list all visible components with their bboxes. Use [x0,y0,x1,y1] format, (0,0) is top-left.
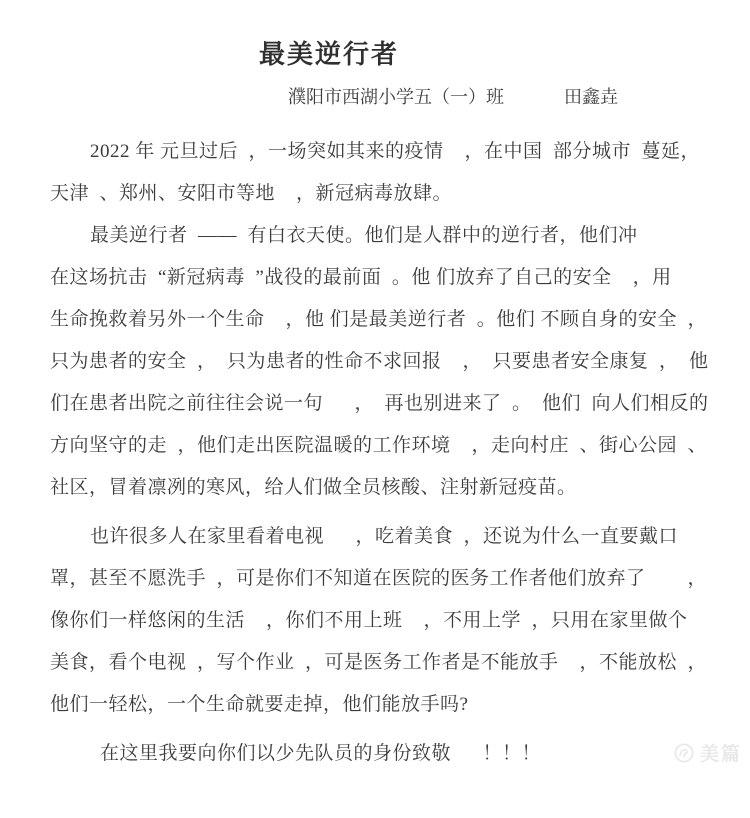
essay-line: 2022 年 元旦过后 ，一场突如其来的疫情 ，在中国 部分城市 蔓延， [50,131,714,173]
essay-line: 天津 、郑州、安阳市等地 ，新冠病毒放肆。 [50,173,714,215]
essay-title: 最美逆行者 [0,38,704,72]
watermark-brand-text: 美篇 [700,739,742,766]
essay-line: 最美逆行者 —— 有白衣天使。他们是人群中的逆行者，他们冲 [50,215,714,257]
essay-page: 最美逆行者 濮阳市西湖小学五（一）班 田鑫垚 2022 年 元旦过后 ，一场突如… [0,0,750,818]
essay-line: 像你们一样悠闲的生活 ，你们不用上班 ，不用上学 ，只用在家里做个 [50,600,714,642]
essay-line: 在这里我要向你们以少先队员的身份致敬 ！！！ [50,733,714,775]
byline-school: 濮阳市西湖小学五（一）班 [288,85,504,109]
essay-line: 罩，甚至不愿洗手 ，可是你们不知道在医院的医务工作者他们放弃了 ， [50,558,714,600]
essay-line: 生命挽救着另外一个生命 ，他 们是最美逆行者 。他们 不顾自身的安全 ， [50,299,714,341]
watermark: 美篇 [674,739,742,766]
essay-line: 只为患者的安全 ， 只为患者的性命不求回报 ， 只要患者安全康复 ， 他 [50,341,714,383]
essay-line: 社区，冒着凛冽的寒风，给人们做全员核酸、注射新冠疫苗。 [50,467,714,509]
essay-line: 在这场抗击 “新冠病毒 ”战役的最前面 。他 们放弃了自己的安全 ，用 [50,257,714,299]
byline-author: 田鑫垚 [564,85,618,109]
byline: 濮阳市西湖小学五（一）班 田鑫垚 [288,85,750,109]
essay-line: 们在患者出院之前往往会说一句 ， 再也别进来了 。 他们 向人们相反的 [50,383,714,425]
essay-line: 也许很多人在家里看着电视 ，吃着美食 ，还说为什么一直要戴口 [50,516,714,558]
meipian-logo-icon [674,743,694,763]
essay-line: 方向坚守的走 ，他们走出医院温暖的工作环境 ，走向村庄 、街心公园 、 [50,425,714,467]
essay-line: 美食，看个电视 ，写个作业 ，可是医务工作者是不能放手 ，不能放松 ， [50,642,714,684]
essay-body: 2022 年 元旦过后 ，一场突如其来的疫情 ，在中国 部分城市 蔓延， 天津 … [0,131,750,775]
essay-line: 他们一轻松，一个生命就要走掉，他们能放手吗? [50,684,714,726]
